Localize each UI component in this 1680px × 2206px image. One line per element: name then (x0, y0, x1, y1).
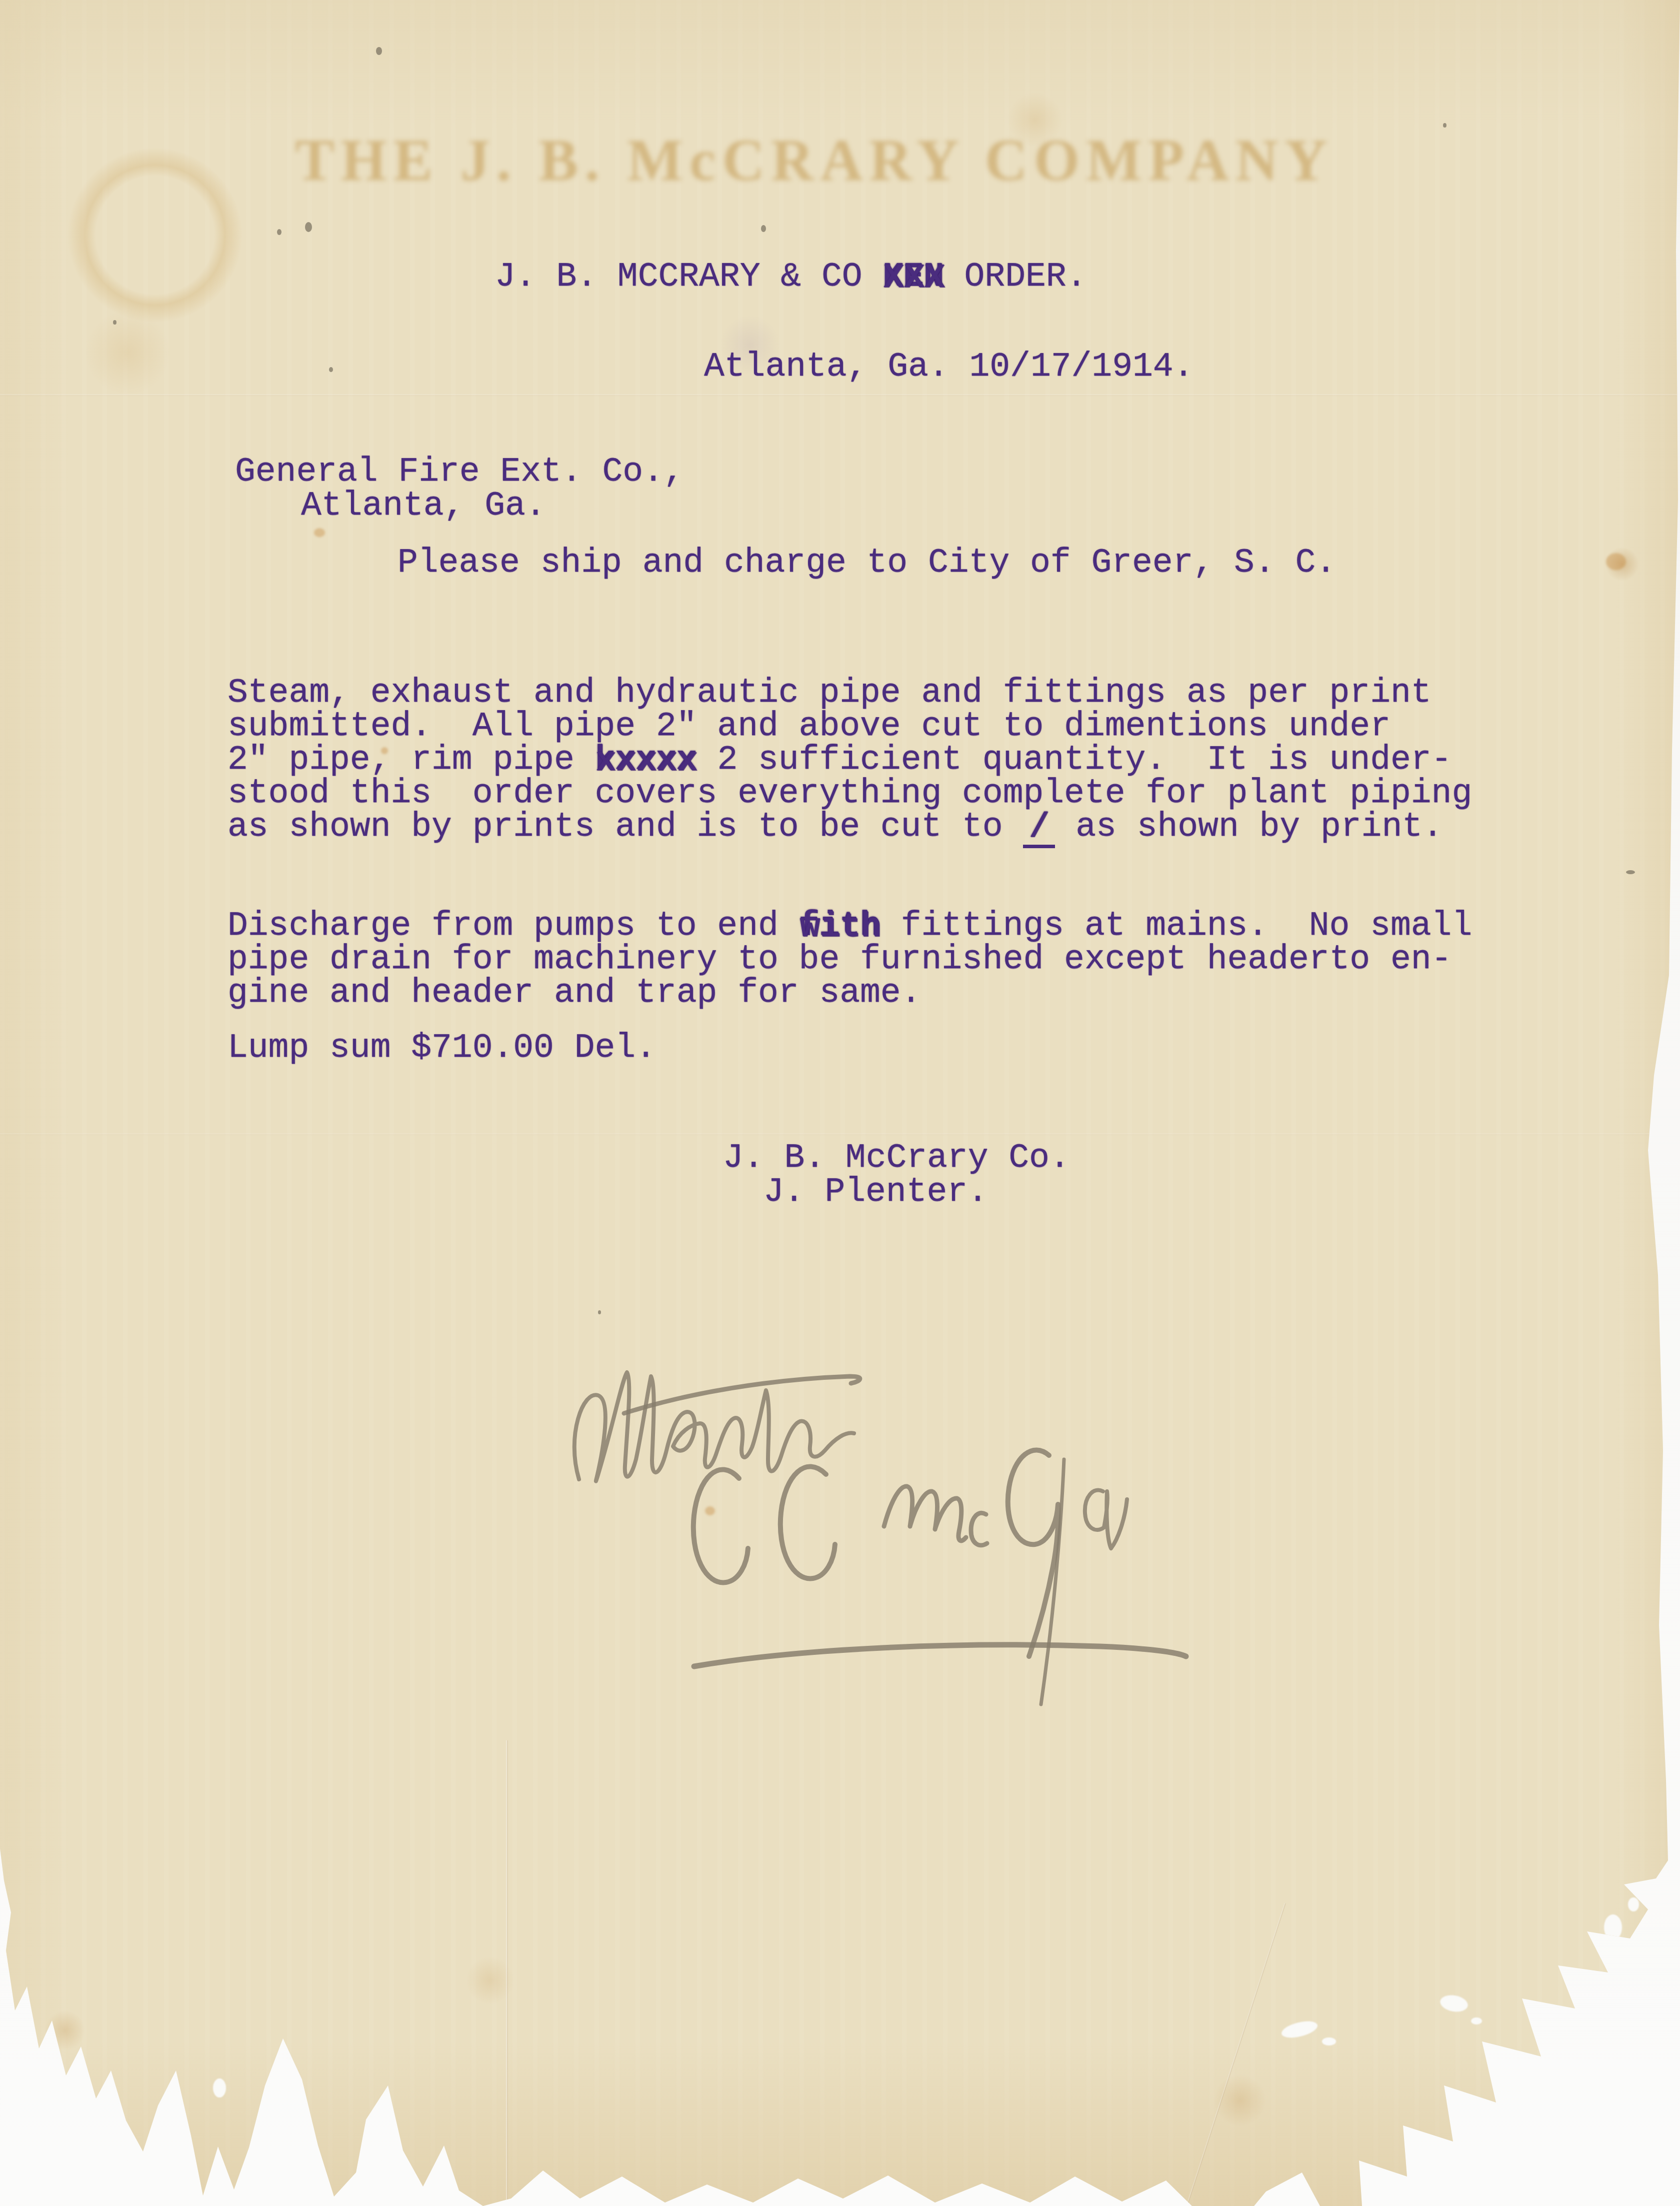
recipient-city: Atlanta, Ga. (301, 489, 546, 523)
cut-angle-symbol: / (1023, 811, 1055, 848)
letterhead-ghost-text: THE J. B. McCRARY COMPANY (295, 131, 1545, 190)
order-title-pre: J. B. MCCRARY & CO (495, 258, 882, 296)
overstruck-word: fithwith (799, 909, 880, 943)
paper-speck (598, 1310, 601, 1314)
paper-speck (113, 320, 116, 325)
signature-M (884, 1486, 966, 1541)
body1-line5: as shown by prints and is to be cut to /… (227, 810, 1443, 848)
signature-C2 (780, 1467, 835, 1579)
paper-speck (376, 47, 382, 55)
fold-crease-top (0, 394, 1680, 396)
body2-line1: Discharge from pumps to end fithwith fit… (227, 909, 1472, 943)
signature-C1 (693, 1469, 748, 1582)
body2-line2: pipe drain for machinery to be furnished… (227, 943, 1451, 977)
struck-out-word: KENXXX (882, 260, 943, 294)
paper-speck (1443, 123, 1446, 128)
paper-hole (1628, 1897, 1639, 1911)
foxing-spot (705, 1506, 715, 1515)
body1-line4: stood this order covers everything compl… (227, 777, 1472, 811)
paper-speck (1626, 870, 1635, 874)
signature-c-small (971, 1513, 987, 1545)
body1-line3: 2" pipe, rim pipe kxxxxxxxxx 2 sufficien… (227, 743, 1451, 777)
foxing-spot (381, 747, 388, 754)
crease-vertical (506, 1740, 508, 2206)
foxing-spot (1606, 553, 1626, 570)
paper-hole (1280, 2018, 1319, 2040)
paper-hole (1439, 1993, 1469, 2013)
paper-speck (761, 225, 766, 232)
dateline: Atlanta, Ga. 10/17/1914. (704, 350, 1193, 384)
foxing-spot (314, 528, 325, 537)
paper-hole (213, 2078, 226, 2097)
fold-crease-middle (0, 1133, 1680, 1135)
signature-name: J. Plenter. (763, 1175, 988, 1209)
handwritten-t-crossbar (624, 1376, 860, 1413)
paper-sheet: THE J. B. McCRARY COMPANY J. B. MCCRARY … (0, 0, 1680, 2206)
paper-speck (305, 222, 312, 232)
recipient-name: General Fire Ext. Co., (235, 455, 684, 489)
body1-line1: Steam, exhaust and hydrautic pipe and fi… (227, 676, 1431, 710)
salutation-line: Please ship and charge to City of Greer,… (397, 546, 1336, 580)
price-line: Lump sum $710.00 Del. (227, 1031, 656, 1065)
paper-speck (329, 367, 333, 372)
order-title-post: ORDER. (944, 258, 1087, 296)
pencil-annotation (525, 1325, 1250, 1725)
signature-g-flourish (1085, 1490, 1127, 1548)
order-title-line: J. B. MCCRARY & CO KENXXX ORDER. (495, 260, 1086, 294)
signature-G-tail (1041, 1459, 1064, 1704)
struck-out-word: kxxxxxxxxx (595, 743, 697, 777)
signature-company: J. B. McCrary Co. (723, 1141, 1070, 1175)
scanned-document-page: { "colors": { "ink": "#4a2c7e", "pencil"… (0, 0, 1680, 2206)
signature-underline (694, 1645, 1186, 1666)
body2-line3: gine and header and trap for same. (227, 976, 921, 1010)
paper-speck (277, 229, 281, 235)
paper-hole (1471, 2017, 1482, 2024)
crease-diagonal (1185, 1903, 1286, 2206)
body1-line2: submitted. All pipe 2" and above cut to … (227, 710, 1390, 744)
paper-hole (1322, 2037, 1336, 2045)
